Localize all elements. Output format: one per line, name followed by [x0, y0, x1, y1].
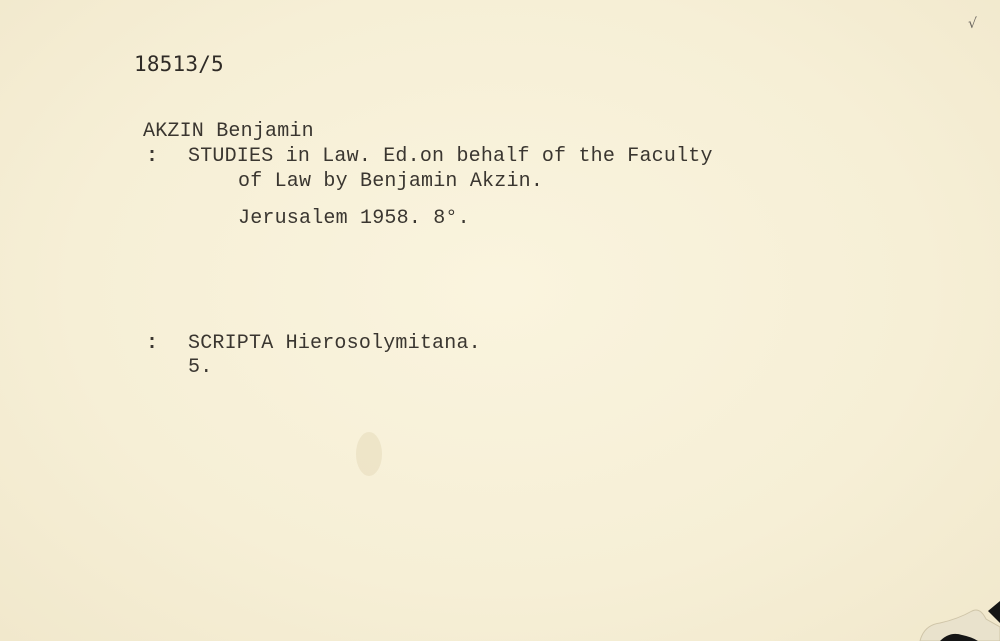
- check-mark-icon: √: [968, 16, 977, 32]
- torn-corner-icon: [900, 597, 1000, 641]
- title-marker: :: [146, 145, 158, 169]
- series-title: SCRIPTA Hierosolymitana.: [188, 332, 481, 356]
- paper-smudge: [356, 432, 382, 476]
- catalog-card: 18513/5 √ AKZIN Benjamin : STUDIES in La…: [0, 0, 1000, 641]
- title-line-1: STUDIES in Law. Ed.on behalf of the Facu…: [188, 145, 713, 169]
- imprint: Jerusalem 1958. 8°.: [238, 207, 470, 231]
- call-number: 18513/5: [134, 52, 224, 76]
- series-marker: :: [146, 332, 158, 356]
- author-heading: AKZIN Benjamin: [143, 120, 314, 144]
- series-number: 5.: [188, 356, 212, 380]
- title-line-2: of Law by Benjamin Akzin.: [238, 170, 543, 194]
